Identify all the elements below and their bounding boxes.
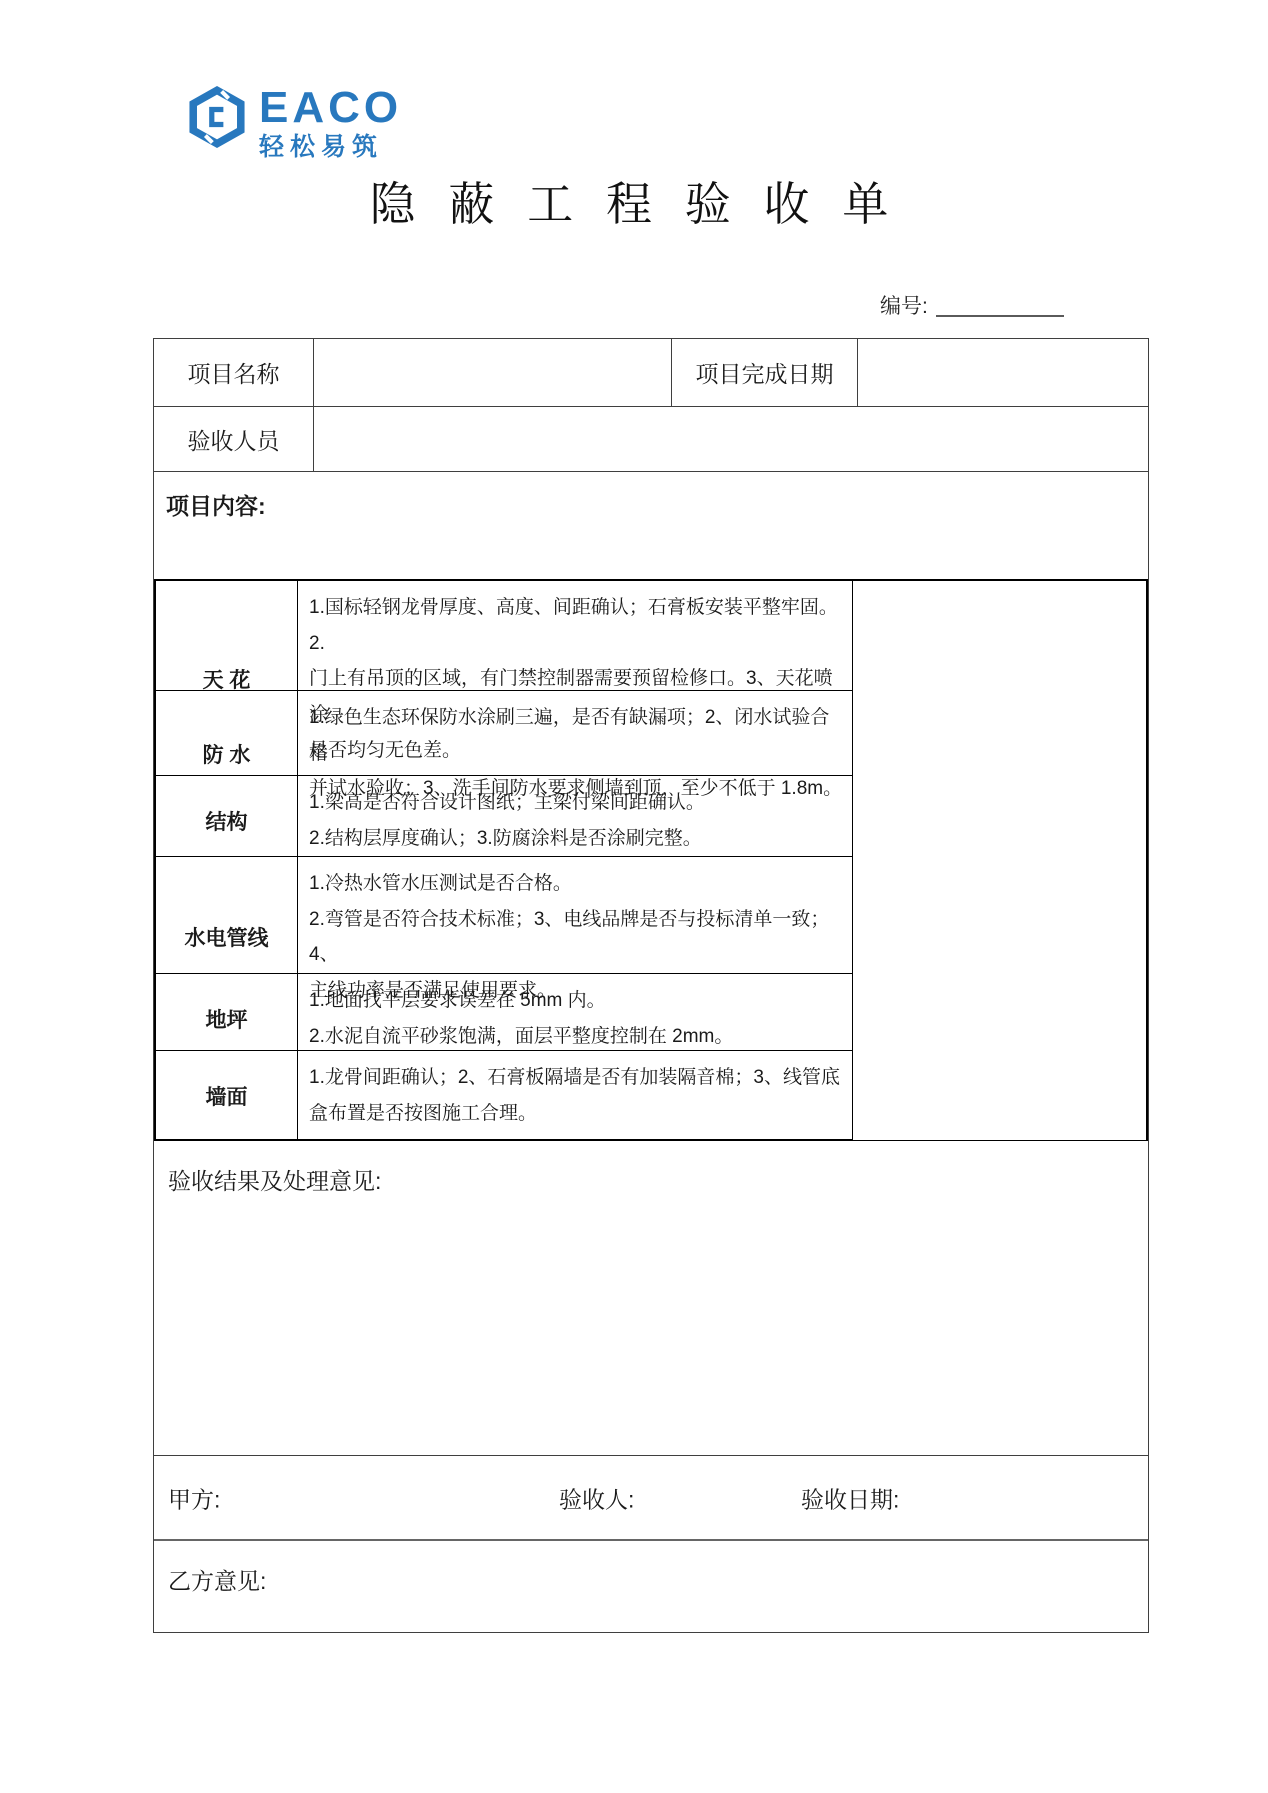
project-name-label: 项目名称 bbox=[154, 339, 314, 406]
logo-tagline-text: 轻松易筑 bbox=[259, 135, 402, 160]
serial-number-line: 编号: bbox=[880, 290, 1064, 320]
completion-date-label: 项目完成日期 bbox=[672, 339, 858, 406]
inspectors-input-cell[interactable] bbox=[314, 407, 1148, 471]
item-check-cell-structure[interactable] bbox=[853, 776, 1146, 865]
inspectors-label: 验收人员 bbox=[154, 407, 314, 471]
serial-number-label: 编号: bbox=[880, 295, 928, 318]
item-row-mep: 水电管线 1.冷热水管水压测试是否合格。 2.弯管是否符合技术标准；3、电线品牌… bbox=[156, 857, 1146, 974]
inspectors-row: 验收人员 bbox=[154, 407, 1148, 472]
party-b-opinion-area[interactable]: 乙方意见: bbox=[154, 1539, 1148, 1632]
item-text-wall: 1.龙骨间距确认；2、石膏板隔墙是否有加装隔音棉；3、线管底 盒布置是否按图施工… bbox=[298, 1051, 853, 1140]
form-page: EACO 轻松易筑 隐 蔽 工 程 验 收 单 编号: 项目名称 项目完成日期 … bbox=[0, 0, 1268, 1793]
item-row-ceiling: 天 花 1.国标轻钢龙骨厚度、高度、间距确认；石膏板安装平整牢固。2. 门上有吊… bbox=[156, 581, 1146, 691]
item-category-wall: 墙面 bbox=[156, 1051, 298, 1140]
items-table: 天 花 1.国标轻钢龙骨厚度、高度、间距确认；石膏板安装平整牢固。2. 门上有吊… bbox=[154, 579, 1148, 1141]
party-a-label: 甲方: bbox=[168, 1481, 220, 1514]
completion-date-input-cell[interactable] bbox=[858, 339, 1148, 406]
item-row-floor: 地坪 1.地面找平层要求误差在 5mm 内。 2.水泥自流平砂浆饱满，面层平整度… bbox=[156, 974, 1146, 1051]
acceptance-date-label: 验收日期: bbox=[801, 1481, 899, 1514]
acceptance-form-table: 项目名称 项目完成日期 验收人员 项目内容: 天 花 1.国标轻钢龙骨厚度、高度… bbox=[153, 338, 1149, 1633]
signature-row[interactable]: 甲方: 验收人: 验收日期: bbox=[154, 1455, 1148, 1539]
project-name-input-cell[interactable] bbox=[314, 339, 672, 406]
item-row-structure: 结构 1.梁高是否符合设计图纸；主梁付梁间距确认。 2.结构层厚度确认；3.防腐… bbox=[156, 776, 1146, 857]
party-b-opinion-label: 乙方意见: bbox=[168, 1568, 266, 1594]
project-content-row[interactable]: 项目内容: bbox=[154, 472, 1148, 579]
project-content-label: 项目内容: bbox=[166, 493, 266, 519]
result-comments-area[interactable]: 验收结果及处理意见: bbox=[154, 1141, 1148, 1455]
inspector-signature-label: 验收人: bbox=[559, 1481, 634, 1514]
project-info-row: 项目名称 项目完成日期 bbox=[154, 339, 1148, 407]
document-title: 隐 蔽 工 程 验 收 单 bbox=[0, 168, 1268, 234]
result-comments-label: 验收结果及处理意见: bbox=[168, 1168, 381, 1194]
item-row-wall: 墙面 1.龙骨间距确认；2、石膏板隔墙是否有加装隔音棉；3、线管底 盒布置是否按… bbox=[156, 1051, 1146, 1139]
item-row-waterproof: 防 水 1.绿色生态环保防水涂刷三遍，是否有缺漏项；2、闭水试验合格 并试水验收… bbox=[156, 691, 1146, 776]
item-check-cell-wall[interactable] bbox=[853, 1051, 1146, 1140]
item-text-structure: 1.梁高是否符合设计图纸；主梁付梁间距确认。 2.结构层厚度确认；3.防腐涂料是… bbox=[298, 776, 853, 865]
serial-number-blank[interactable] bbox=[936, 297, 1064, 317]
item-category-structure: 结构 bbox=[156, 776, 298, 865]
eaco-logo-icon bbox=[188, 86, 246, 148]
logo-brand-text: EACO bbox=[259, 86, 402, 130]
company-logo: EACO 轻松易筑 bbox=[188, 86, 402, 160]
